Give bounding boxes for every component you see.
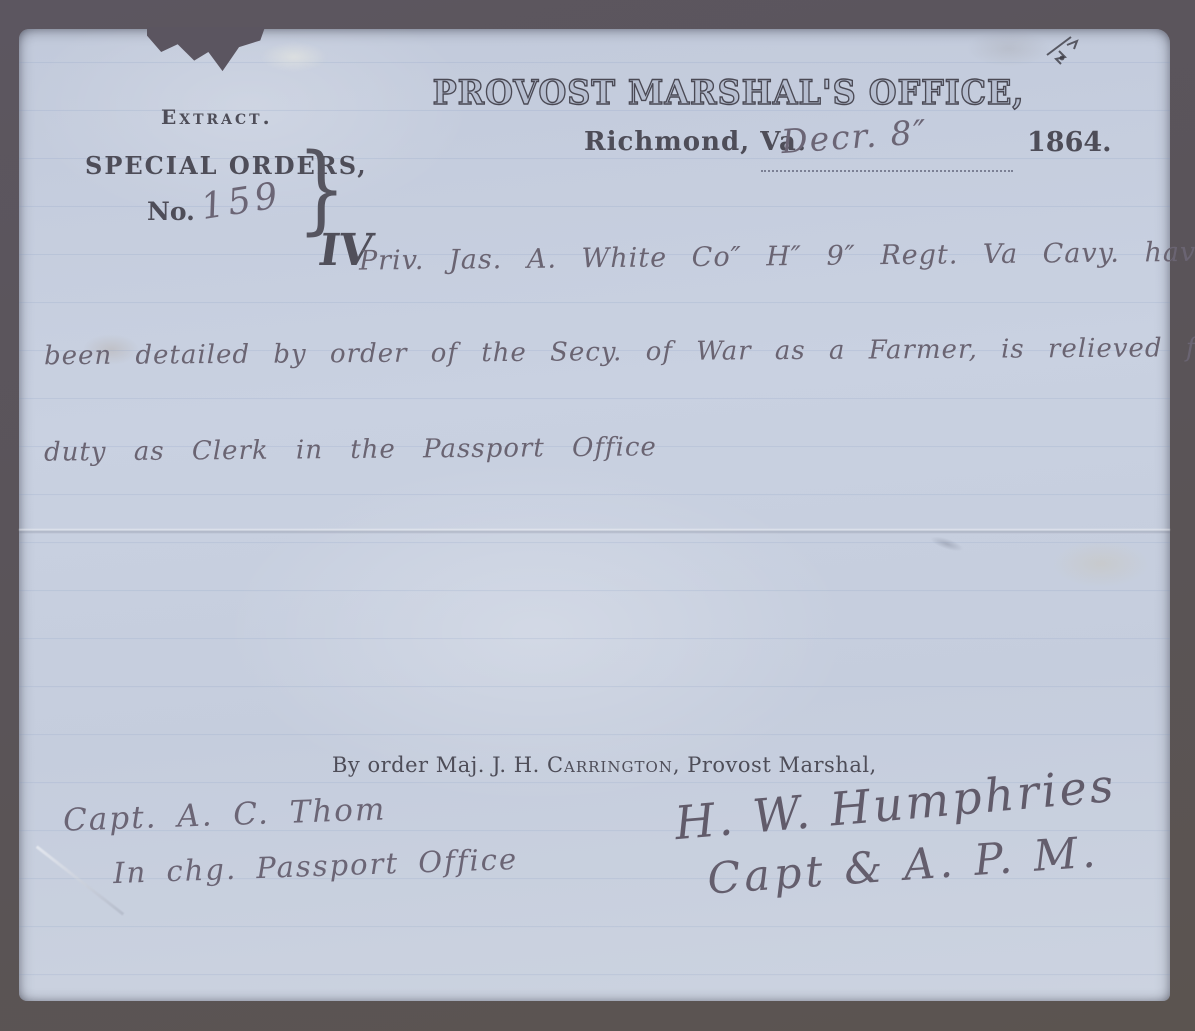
order-number-label: No. — [147, 197, 195, 226]
year-label: 1864. — [1027, 127, 1112, 158]
photo-frame-background: PROVOST MARSHAL'S OFFICE, Richmond, Va. … — [0, 0, 1195, 1031]
torn-edge — [147, 27, 265, 75]
fold-crease — [19, 529, 1170, 533]
torn-edge-scuff — [249, 37, 339, 77]
addressee-office: In chg. Passport Office — [113, 842, 519, 890]
extract-label: Extract. — [161, 105, 273, 129]
by-order-prefix: By order Maj. J. H. — [332, 753, 547, 777]
by-order-suffix: , Provost Marshal, — [673, 753, 877, 777]
by-order-line: By order Maj. J. H. Carrington, Provost … — [332, 753, 877, 777]
corner-crease — [36, 845, 125, 915]
document-paper: PROVOST MARSHAL'S OFFICE, Richmond, Va. … — [19, 29, 1170, 1001]
ink-mark — [1037, 31, 1097, 71]
office-title: PROVOST MARSHAL'S OFFICE, — [433, 73, 1016, 113]
carrington-name: Carrington — [547, 753, 673, 777]
addressee-name: Capt. A. C. Thom — [62, 791, 386, 838]
order-number-value: 159 — [198, 175, 284, 228]
orders-brace: } — [297, 141, 346, 237]
fold-crease-smudge — [923, 530, 971, 558]
body-line-2: been detailed by order of the Secy. of W… — [44, 333, 1195, 371]
body-line-1: Priv. Jas. A. White Co″ H″ 9″ Regt. Va C… — [359, 236, 1195, 276]
handwritten-date: Decr. 8″ — [780, 112, 929, 161]
place-label: Richmond, Va. — [584, 127, 807, 157]
body-line-3: duty as Clerk in the Passport Office — [44, 432, 657, 467]
date-underline — [761, 169, 1013, 172]
